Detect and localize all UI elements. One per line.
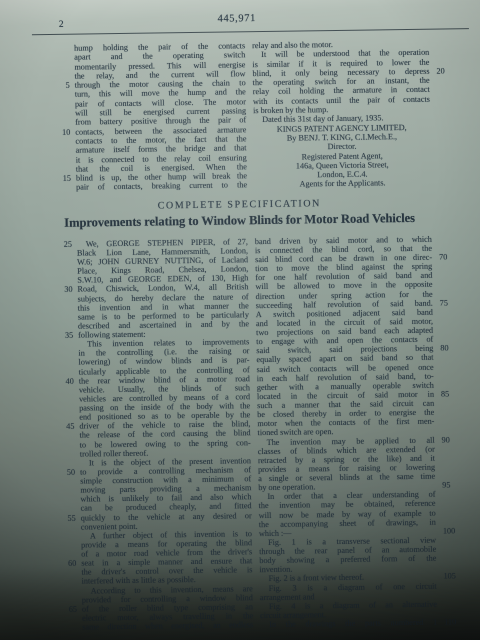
text-line: pair of contacts, breaking current to th… bbox=[76, 181, 247, 193]
patent-page: 2 445,971 hump holding the pair of the c… bbox=[0, 0, 480, 633]
margin-line-number: 70 bbox=[439, 252, 447, 261]
margin-line-number: 105 bbox=[443, 572, 455, 581]
margin-line-number: 35 bbox=[65, 331, 73, 340]
text-line: 110In the drawings the parts numbered 1 bbox=[260, 618, 437, 630]
margin-line-number: 25 bbox=[64, 239, 72, 248]
margin-line-number: 100 bbox=[443, 526, 455, 535]
provisional-left-column: hump holding the pair of the contactsapa… bbox=[74, 41, 247, 192]
provisional-right-column: relay and also the motor.It will be unde… bbox=[252, 39, 431, 190]
line-text: In the drawings the parts numbered 1 bbox=[260, 618, 437, 630]
margin-line-number: 55 bbox=[67, 513, 75, 522]
margin-line-number: 95 bbox=[442, 481, 450, 490]
provisional-section: hump holding the pair of the contactsapa… bbox=[0, 38, 479, 193]
margin-line-number: 5 bbox=[66, 81, 70, 90]
margin-line-number: 75 bbox=[440, 298, 448, 307]
margin-line-number: 45 bbox=[66, 422, 74, 431]
invention-title: Improvements relating to Window Blinds f… bbox=[0, 210, 480, 232]
margin-line-number: 65 bbox=[69, 604, 77, 613]
patent-page-photo: 2 445,971 hump holding the pair of the c… bbox=[0, 0, 480, 640]
line-text: same direction when energised, an endles… bbox=[82, 620, 253, 632]
spec-right-column: band driven by said motor and to whichis… bbox=[255, 234, 437, 629]
header-rule bbox=[32, 28, 469, 35]
margin-line-number: 50 bbox=[67, 468, 75, 477]
spec-left-column: 25We, GEORGE STEPHEN PIPER, of 27,Black … bbox=[77, 237, 253, 632]
line-text: Agents for the Applicants. bbox=[254, 178, 431, 190]
specification-body: 25We, GEORGE STEPHEN PIPER, of 27,Black … bbox=[0, 234, 480, 633]
margin-line-number: 15 bbox=[63, 174, 71, 183]
margin-line-number: 60 bbox=[68, 559, 76, 568]
margin-line-number: 110 bbox=[444, 617, 456, 626]
margin-line-number: 90 bbox=[442, 435, 450, 444]
margin-line-number: 80 bbox=[440, 344, 448, 353]
text-line: same direction when energised, an endles… bbox=[82, 620, 253, 632]
margin-line-number: 10 bbox=[62, 127, 70, 136]
line-text: pair of contacts, breaking current to th… bbox=[76, 181, 247, 193]
margin-line-number: 20 bbox=[436, 66, 444, 75]
text-line: Agents for the Applicants. bbox=[254, 178, 431, 190]
patent-number: 445,971 bbox=[0, 10, 477, 28]
margin-line-number: 30 bbox=[64, 285, 72, 294]
margin-line-number: 40 bbox=[66, 376, 74, 385]
margin-line-number: 85 bbox=[441, 389, 449, 398]
page-header: 2 445,971 bbox=[0, 0, 477, 38]
